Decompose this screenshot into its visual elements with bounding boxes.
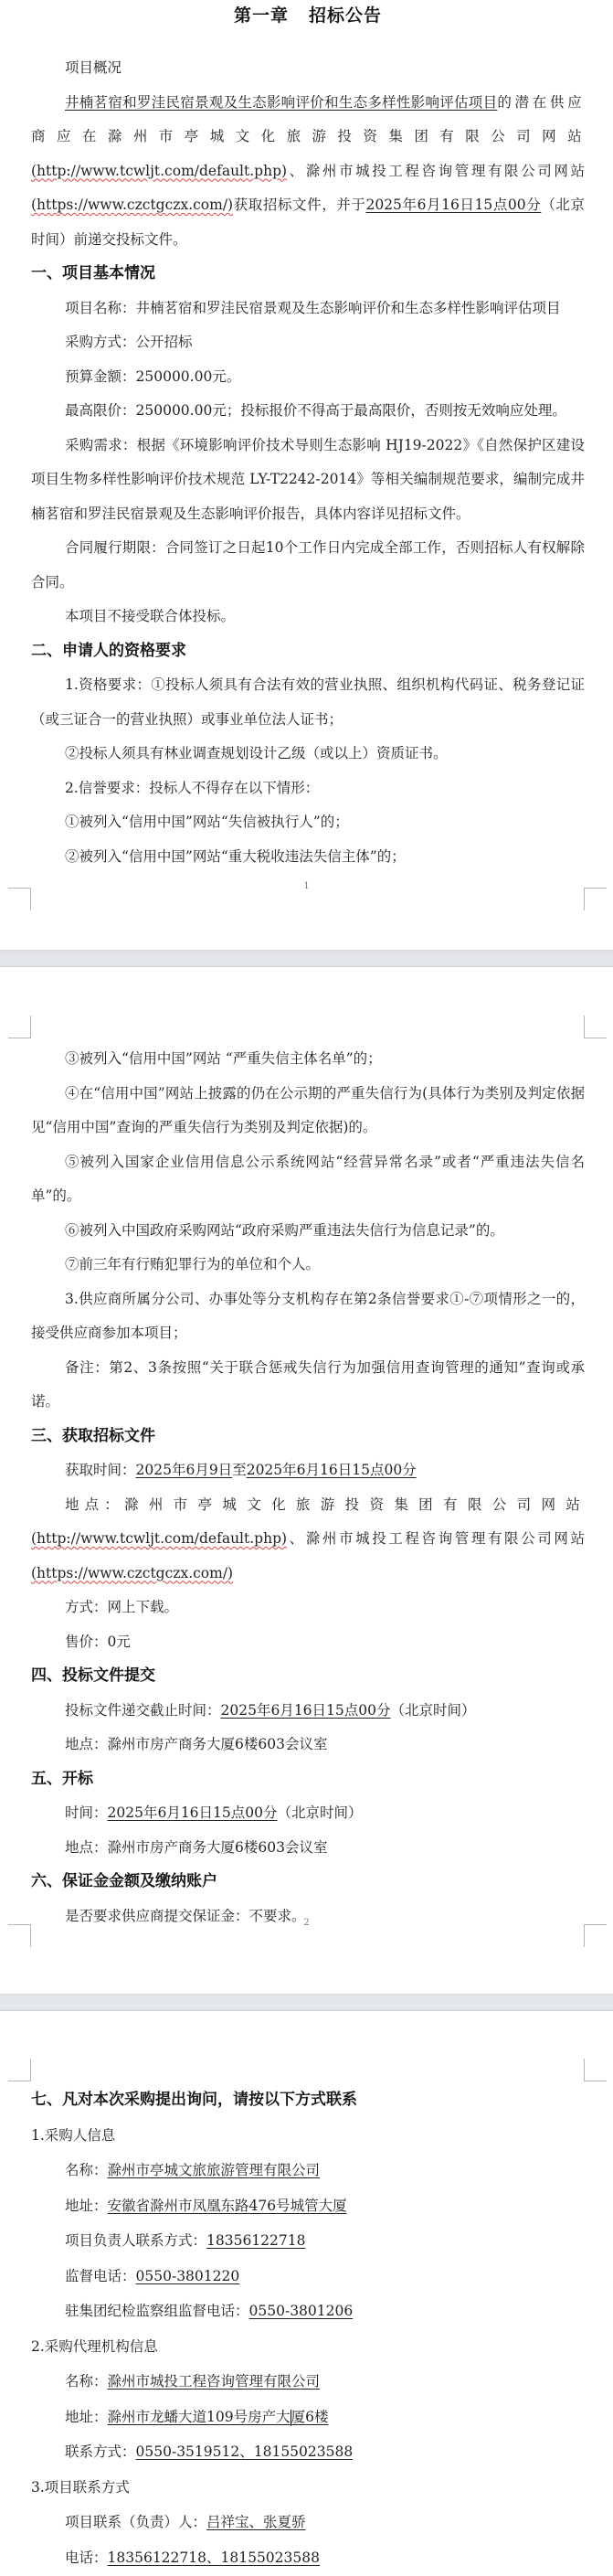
value: 0550-3801206 (249, 2303, 354, 2319)
url-1-text: (http://www.tcwljt.com/default.php) (31, 163, 287, 179)
overview-intro-2: 、滁州市城投工程咨询管理有限公司网站 (287, 163, 585, 179)
page-1-content: 第一章招标公告 项目概况 井楠茗宿和罗洼民宿景观及生态影响评价和生态多样性影响评… (31, 2, 585, 874)
page-separator (0, 1994, 613, 2011)
s7-agency-contact: 联系方式：0550-3519512、18155023588 (31, 2434, 585, 2470)
section-6-heading: 六、保证金金额及缴纳账户 (31, 1865, 585, 1900)
s5-time-label: 时间： (65, 1804, 108, 1821)
chapter-number: 第一章 (234, 5, 289, 26)
section-4-heading: 四、投标文件提交 (31, 1659, 585, 1694)
s2-credit-item-3: ③被列入“信用中国”网站 “严重失信主体名单”的； (31, 1042, 585, 1077)
s7-agency-name: 名称：滁州市城投工程咨询管理有限公司 (31, 2364, 585, 2400)
page-2: ③被列入“信用中国”网站 “严重失信主体名单”的； ④在“信用中国”网站上披露的… (0, 967, 613, 1994)
page-3-content: 七、凡对本次采购提出询问，请按以下方式联系 1.采购人信息 名称：滁州市亭城文旅… (31, 2082, 585, 2575)
value: 滁州市龙蟠大道109号房产大厦6楼 (108, 2409, 329, 2425)
s2-credit-item-1: ①被列入“信用中国”网站“失信被执行人”的； (31, 805, 585, 840)
label: 联系方式： (65, 2443, 136, 2460)
value: 18356122718、18155023588 (108, 2549, 320, 2566)
s5-time: 时间：2025年6月16日15点00分（北京时间） (31, 1796, 585, 1831)
overview-heading: 项目概况 (31, 51, 585, 86)
s4-deadline: 投标文件递交截止时间：2025年6月16日15点00分（北京时间） (31, 1694, 585, 1729)
chapter-name: 招标公告 (309, 5, 382, 26)
s1-contract-period: 合同履行期限：合同签订之日起10个工作日内完成全部工作，否则招标人有权解除合同。 (31, 531, 585, 600)
overview-intro-3: 获取招标文件，并于 (233, 197, 365, 213)
s7-purchaser-heading: 1.采购人信息 (31, 2118, 585, 2154)
value: 18356122718 (206, 2232, 305, 2249)
s3-time-start: 2025年6月9日 (136, 1462, 233, 1478)
project-name-underlined: 井楠茗宿和罗洼民宿景观及生态影响评价和生态多样性影响评估项目 (65, 94, 497, 111)
s3-time: 获取时间：2025年6月9日至2025年6月16日15点00分 (31, 1453, 585, 1488)
section-3-heading: 三、获取招标文件 (31, 1420, 585, 1454)
s3-time-end: 2025年6月16日15点00分 (247, 1462, 417, 1478)
s7-purchaser-contact: 项目负责人联系方式：18356122718 (31, 2223, 585, 2259)
s7-agency-heading: 2.采购代理机构信息 (31, 2329, 585, 2365)
label: 电话： (65, 2549, 108, 2566)
value: 滁州市亭城文旅旅游管理有限公司 (108, 2162, 321, 2178)
s1-method: 采购方式：公开招标 (31, 325, 585, 360)
section-5-heading: 五、开标 (31, 1762, 585, 1797)
label: 地址： (65, 2409, 108, 2425)
s2-branch: 3.供应商所属分公司、办事处等分支机构存在第2条信誉要求①-⑦项情形之一的，接受… (31, 1283, 585, 1351)
chapter-title: 第一章招标公告 (31, 2, 585, 29)
s3-place-1: 滁州市亭城文化旅游投资集团有限公司网站 (124, 1496, 585, 1513)
s7-project-person: 项目联系（负责）人：吕祥宝、张夏骄 (31, 2505, 585, 2540)
page-separator (0, 950, 613, 967)
s7-project-contact-heading: 3.项目联系方式 (31, 2470, 585, 2506)
address-part-b: 厦6楼 (291, 2409, 329, 2425)
value: 0550-3801220 (136, 2268, 240, 2284)
label: 项目负责人联系方式： (65, 2232, 206, 2249)
label: 监督电话： (65, 2268, 136, 2284)
s1-no-consortium: 本项目不接受联合体投标。 (31, 600, 585, 634)
s5-time-value: 2025年6月16日15点00分 (108, 1804, 278, 1821)
s3-url-1-text: (http://www.tcwljt.com/default.php) (31, 1530, 287, 1547)
s7-agency-address: 地址：滁州市龙蟠大道109号房产大厦6楼 (31, 2400, 585, 2435)
s2-credit-item-5: ⑤被列入国家企业信用信息公示系统网站“经营异常名录”或者“严重违法失信名单”的。 (31, 1145, 585, 1214)
value: 吕祥宝、张夏骄 (206, 2514, 306, 2530)
s3-time-to: 至 (232, 1462, 247, 1478)
s3-time-label: 获取时间： (65, 1462, 136, 1478)
s1-budget: 预算金额：250000.00元。 (31, 360, 585, 395)
s1-requirement: 采购需求：根据《环境影响评价技术导则生态影响 HJ19-2022》《自然保护区建… (31, 429, 585, 532)
value: 0550-3519512、18155023588 (136, 2443, 354, 2460)
s2-credit-item-6: ⑥被列入中国政府采购网站“政府采购严重违法失信行为信息记录”的。 (31, 1214, 585, 1249)
address-part-a: 滁州市龙蟠大道109号房产大 (108, 2409, 291, 2425)
s3-url-2-text: (https://www.czctgczx.com/) (31, 1565, 233, 1581)
s5-place: 地点：滁州市房产商务大厦6楼603会议室 (31, 1831, 585, 1866)
s3-place-label: 地点： (65, 1496, 124, 1513)
s4-place: 地点：滁州市房产商务大厦6楼603会议室 (31, 1728, 585, 1762)
page-corner-mark (584, 1016, 607, 1038)
s3-url-tcwljt[interactable]: (http://www.tcwljt.com/default.php) (31, 1530, 287, 1547)
label: 项目联系（负责）人： (65, 2514, 206, 2530)
s2-credit-item-7: ⑦前三年有行贿犯罪行为的单位和个人。 (31, 1248, 585, 1283)
s3-url-czctgczx[interactable]: (https://www.czctgczx.com/) (31, 1565, 233, 1581)
s7-purchaser-supervise: 监督电话：0550-3801220 (31, 2259, 585, 2294)
section-7-heading: 七、凡对本次采购提出询问，请按以下方式联系 (31, 2082, 585, 2118)
s3-method: 方式：网上下载。 (31, 1591, 585, 1625)
s7-purchaser-address: 地址：安徽省滁州市凤凰东路476号城管大厦 (31, 2188, 585, 2224)
s2-credit-intro: 2.信誉要求：投标人不得存在以下情形： (31, 772, 585, 806)
page-corner-mark (8, 1016, 31, 1038)
section-1-heading: 一、项目基本情况 (31, 257, 585, 292)
s2-credit-item-2: ②被列入“信用中国”网站“重大税收违法失信主体”的； (31, 840, 585, 875)
page-number: 2 (0, 1918, 613, 1928)
label: 名称： (65, 2373, 108, 2390)
page-3: 七、凡对本次采购提出询问，请按以下方式联系 1.采购人信息 名称：滁州市亭城文旅… (0, 2011, 613, 2576)
label: 地址： (65, 2198, 108, 2214)
s1-max-price: 最高限价：250000.00元；投标报价不得高于最高限价，否则按无效响应处理。 (31, 394, 585, 429)
page-corner-mark (584, 2059, 607, 2081)
url-2-text: (https://www.czctgczx.com/) (31, 197, 233, 213)
page-2-content: ③被列入“信用中国”网站 “严重失信主体名单”的； ④在“信用中国”网站上披露的… (31, 1042, 585, 1933)
value: 滁州市城投工程咨询管理有限公司 (108, 2373, 321, 2390)
overview-deadline: 2025年6月16日15点00分 (365, 197, 541, 213)
s7-project-phone: 电话：18356122718、18155023588 (31, 2540, 585, 2576)
s7-purchaser-name: 名称：滁州市亭城文旅旅游管理有限公司 (31, 2153, 585, 2188)
s2-qual-1: 1.资格要求：①投标人须具有合法有效的营业执照、组织机构代码证、税务登记证（或三… (31, 668, 585, 737)
page-corner-mark (8, 2059, 31, 2081)
s4-deadline-value: 2025年6月16日15点00分 (221, 1702, 391, 1719)
section-2-heading: 二、申请人的资格要求 (31, 634, 585, 669)
s2-note: 备注：第2、3条按照“关于联合惩戒失信行为加强信用查询管理的通知”查询或承诺。 (31, 1351, 585, 1420)
s2-credit-item-4: ④在“信用中国”网站上披露的仍在公示期的严重失信行为(具体行为类别及判定依据见“… (31, 1077, 585, 1145)
label: 驻集团纪检监察组监督电话： (65, 2303, 249, 2319)
s5-time-suffix: （北京时间） (278, 1804, 363, 1821)
s4-deadline-suffix: （北京时间） (391, 1702, 476, 1719)
page-number: 1 (0, 881, 613, 891)
s3-place: 地点：滁州市亭城文化旅游投资集团有限公司网站(http://www.tcwljt… (31, 1488, 585, 1591)
s1-project-name: 项目名称：井楠茗宿和罗洼民宿景观及生态影响评价和生态多样性影响评估项目 (31, 292, 585, 326)
page-1: 第一章招标公告 项目概况 井楠茗宿和罗洼民宿景观及生态影响评价和生态多样性影响评… (0, 0, 613, 950)
overview-paragraph: 井楠茗宿和罗洼民宿景观及生态影响评价和生态多样性影响评估项目的潜在供应商应在滁州… (31, 86, 585, 258)
s7-purchaser-discipline: 驻集团纪检监察组监督电话：0550-3801206 (31, 2294, 585, 2329)
value: 安徽省滁州市凤凰东路476号城管大厦 (108, 2198, 347, 2214)
label: 名称： (65, 2162, 108, 2178)
url-tcwljt[interactable]: (http://www.tcwljt.com/default.php) (31, 163, 287, 179)
url-czctgczx[interactable]: (https://www.czctgczx.com/) (31, 197, 233, 213)
s2-qual-2: ②投标人须具有林业调查规划设计乙级（或以上）资质证书。 (31, 737, 585, 772)
s3-price: 售价：0元 (31, 1625, 585, 1660)
s3-place-2: 、滁州市城投工程咨询管理有限公司网站 (287, 1530, 585, 1547)
s6-deposit: 是否要求供应商提交保证金：不要求。 (31, 1900, 585, 1934)
s4-deadline-label: 投标文件递交截止时间： (65, 1702, 221, 1719)
